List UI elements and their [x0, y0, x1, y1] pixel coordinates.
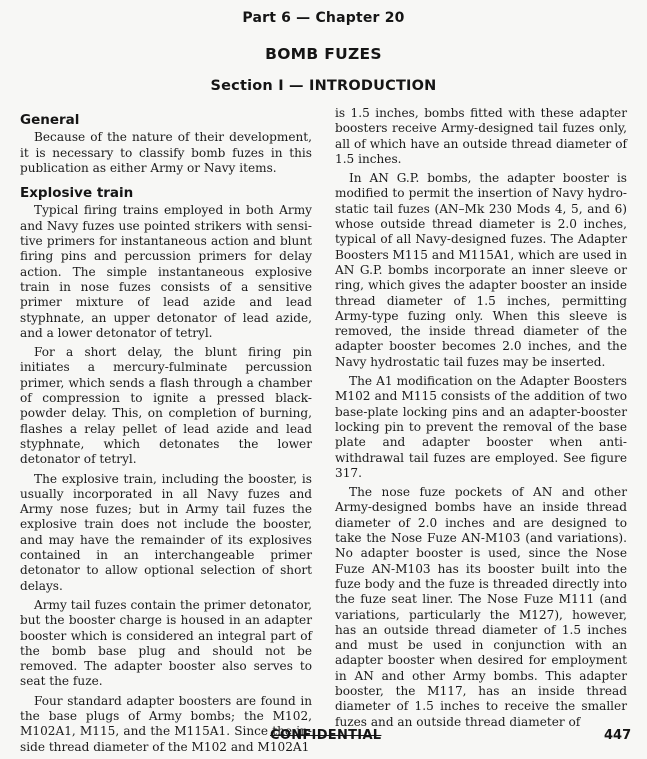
paragraph: Four standard adapter boosters are found… — [20, 694, 312, 755]
part-chapter-label: Part 6 — Chapter 20 — [0, 10, 647, 26]
paragraph: The nose fuze pockets of AN and other Ar… — [335, 485, 627, 730]
paragraph: Typical firing trains employed in both A… — [20, 203, 312, 341]
classification-marking: CONFIDENTIAL — [270, 728, 381, 743]
heading-general: General — [20, 113, 312, 128]
heading-explosive-train: Explosive train — [20, 186, 312, 201]
page-number: 447 — [604, 728, 631, 743]
paragraph: Army tail fuzes contain the primer deton… — [20, 598, 312, 690]
paragraph: The A1 modification on the Adapter Boost… — [335, 374, 627, 481]
paragraph: The explosive train, including the boost… — [20, 472, 312, 594]
paragraph: In AN G.P. bombs, the adapter booster is… — [335, 171, 627, 370]
paragraph: For a short delay, the blunt firing pin … — [20, 345, 312, 467]
right-column: is 1.5 inches, bombs fitted with these a… — [335, 103, 627, 734]
paragraph: Because of the nature of their developme… — [20, 130, 312, 176]
section-title: Section I — INTRODUCTION — [0, 78, 647, 94]
left-column: General Because of the nature of their d… — [20, 103, 312, 759]
paragraph-continued: is 1.5 inches, bombs fitted with these a… — [335, 106, 627, 167]
page-title: BOMB FUZES — [0, 45, 647, 63]
